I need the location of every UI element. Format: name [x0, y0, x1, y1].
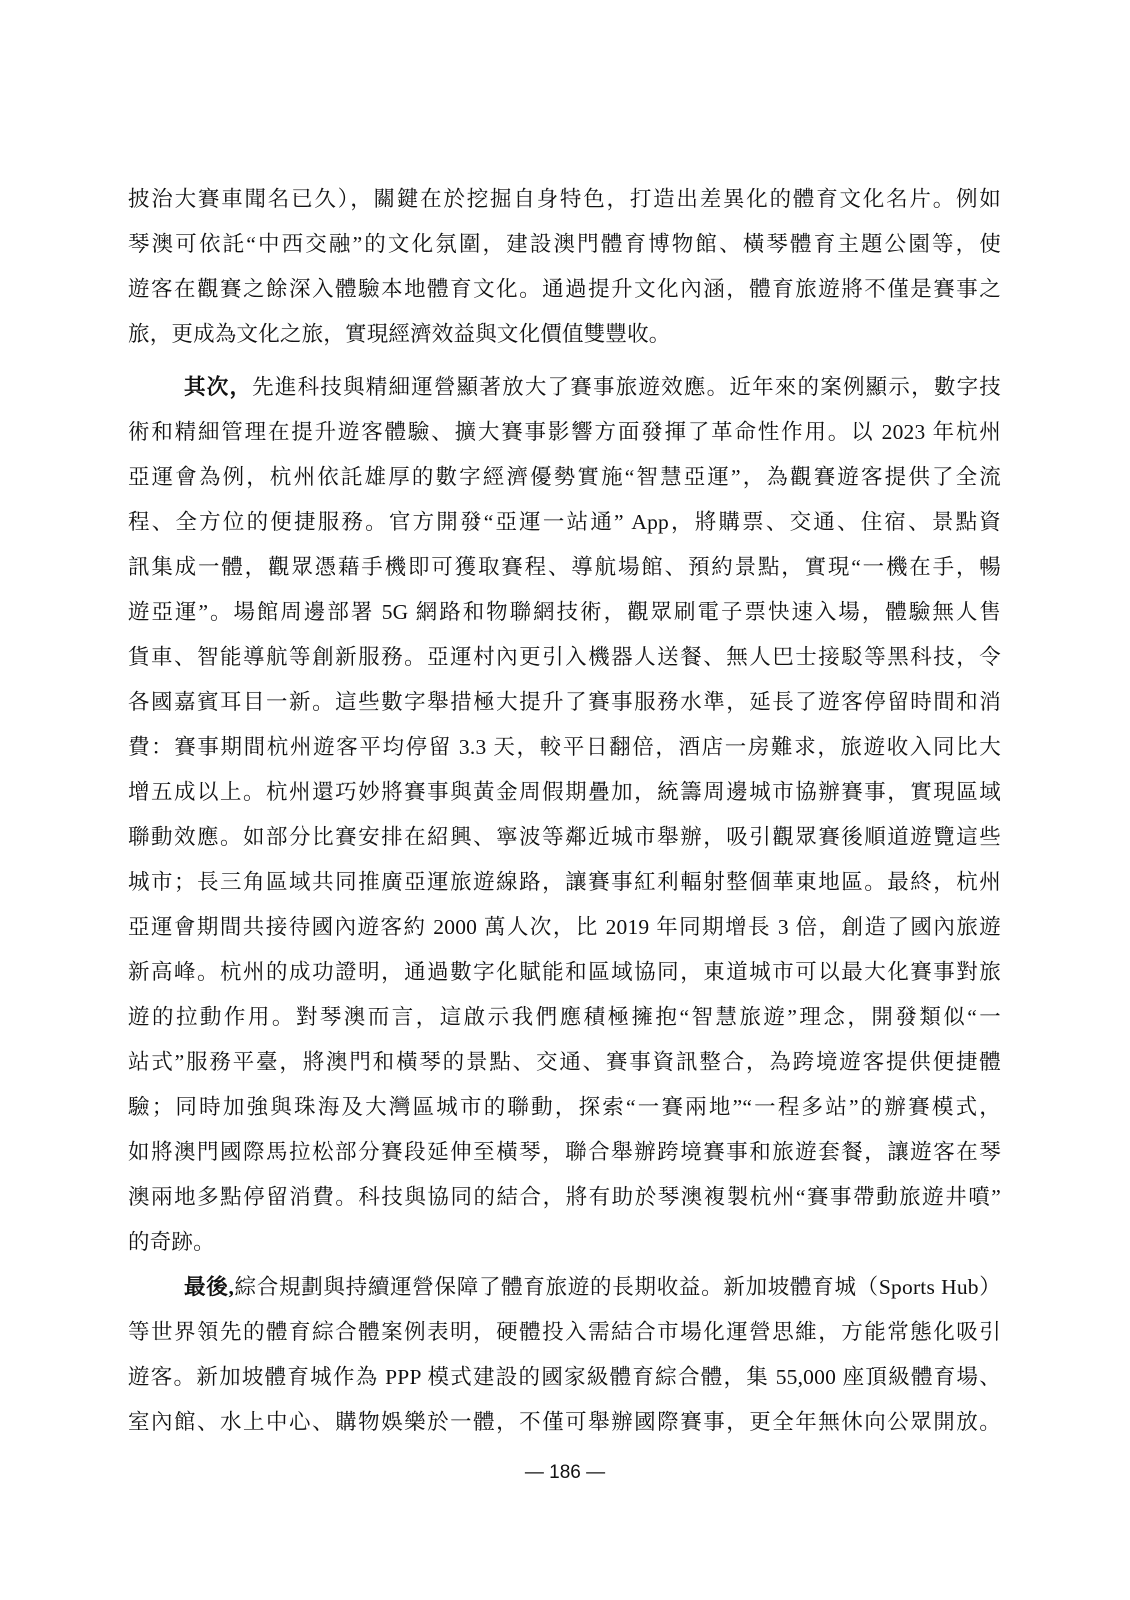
text-segment: 亞運會期間共接待國內遊客約 2000 萬人次，比 2019 年同期增長 3 倍，… [128, 915, 1001, 939]
text-segment: 費：賽事期間杭州遊客平均停留 3.3 天，較平日翻倍，酒店一房難求，旅遊收入同比… [128, 735, 1001, 759]
text-line: 新高峰。杭州的成功證明，通過數字化賦能和區域協同，東道城市可以最大化賽事對旅 [128, 950, 1001, 995]
text-segment: 增五成以上。杭州還巧妙將賽事與黃金周假期疊加，統籌周邊城市協辦賽事，實現區域 [128, 780, 1001, 804]
text-segment: 先進科技與精細運營顯著放大了賽事旅遊效應。近年來的案例顯示，數字技 [252, 375, 1001, 399]
text-segment: 亞運會為例，杭州依託雄厚的數字經濟優勢實施“智慧亞運”，為觀賽遊客提供了全流 [128, 465, 1001, 489]
text-line: 如將澳門國際馬拉松部分賽段延伸至橫琴，聯合舉辦跨境賽事和旅遊套餐，讓遊客在琴 [128, 1130, 1001, 1175]
text-line: 驗；同時加強與珠海及大灣區城市的聯動，探索“一賽兩地”“一程多站”的辦賽模式， [128, 1085, 1001, 1130]
page-number: — 186 — [0, 1462, 1130, 1484]
text-segment: 綜合規劃與持續運營保障了體育旅遊的長期收益。新加坡體育城（Sports Hub） [234, 1275, 1001, 1299]
text-line: 亞運會為例，杭州依託雄厚的數字經濟優勢實施“智慧亞運”，為觀賽遊客提供了全流 [128, 455, 1001, 500]
emphasis-text: 其次， [184, 375, 252, 399]
text-line: 聯動效應。如部分比賽安排在紹興、寧波等鄰近城市舉辦，吸引觀眾賽後順道遊覽這些 [128, 815, 1001, 860]
text-line: 各國嘉賓耳目一新。這些數字舉措極大提升了賽事服務水準，延長了遊客停留時間和消 [128, 680, 1001, 725]
text-line: 費：賽事期間杭州遊客平均停留 3.3 天，較平日翻倍，酒店一房難求，旅遊收入同比… [128, 725, 1001, 770]
text-line: 訊集成一體，觀眾憑藉手機即可獲取賽程、導航場館、預約景點，實現“一機在手，暢 [128, 545, 1001, 590]
text-segment: 披治大賽車聞名已久），關鍵在於挖掘自身特色，打造出差異化的體育文化名片。例如 [128, 187, 1001, 211]
text-line: 遊客。新加坡體育城作為 PPP 模式建設的國家級體育綜合體，集 55,000 座… [128, 1355, 1001, 1400]
paragraph: 最後,綜合規劃與持續運營保障了體育旅遊的長期收益。新加坡體育城（Sports H… [128, 1265, 1001, 1445]
text-segment: 遊客在觀賽之餘深入體驗本地體育文化。通過提升文化內涵，體育旅遊將不僅是賽事之 [128, 277, 1001, 301]
text-line: 遊的拉動作用。對琴澳而言，這啟示我們應積極擁抱“智慧旅遊”理念，開發類似“一 [128, 995, 1001, 1040]
text-line: 貨車、智能導航等創新服務。亞運村內更引入機器人送餐、無人巴士接駁等黑科技，令 [128, 635, 1001, 680]
emphasis-text: 最後, [184, 1275, 234, 1299]
paragraph: 其次，先進科技與精細運營顯著放大了賽事旅遊效應。近年來的案例顯示，數字技術和精細… [128, 365, 1001, 1265]
text-line: 遊亞運”。場館周邊部署 5G 網路和物聯網技術，觀眾刷電子票快速入場，體驗無人售 [128, 590, 1001, 635]
text-line: 等世界領先的體育綜合體案例表明，硬體投入需結合市場化運營思維，方能常態化吸引 [128, 1310, 1001, 1355]
text-segment: 遊客。新加坡體育城作為 PPP 模式建設的國家級體育綜合體，集 55,000 座… [128, 1365, 1001, 1389]
text-line: 城市；長三角區域共同推廣亞運旅遊線路，讓賽事紅利輻射整個華東地區。最終，杭州 [128, 860, 1001, 905]
text-line: 程、全方位的便捷服務。官方開發“亞運一站通” App，將購票、交通、住宿、景點資 [128, 500, 1001, 545]
text-segment: 訊集成一體，觀眾憑藉手機即可獲取賽程、導航場館、預約景點，實現“一機在手，暢 [128, 555, 1001, 579]
text-segment: 聯動效應。如部分比賽安排在紹興、寧波等鄰近城市舉辦，吸引觀眾賽後順道遊覽這些 [128, 825, 1001, 849]
text-line: 其次，先進科技與精細運營顯著放大了賽事旅遊效應。近年來的案例顯示，數字技 [128, 365, 1001, 410]
text-line: 澳兩地多點停留消費。科技與協同的結合，將有助於琴澳複製杭州“賽事帶動旅遊井噴” [128, 1175, 1001, 1220]
text-segment: 遊的拉動作用。對琴澳而言，這啟示我們應積極擁抱“智慧旅遊”理念，開發類似“一 [128, 1005, 1001, 1029]
text-segment: 各國嘉賓耳目一新。這些數字舉措極大提升了賽事服務水準，延長了遊客停留時間和消 [128, 690, 1001, 714]
text-segment: 等世界領先的體育綜合體案例表明，硬體投入需結合市場化運營思維，方能常態化吸引 [128, 1320, 1001, 1344]
text-line: 披治大賽車聞名已久），關鍵在於挖掘自身特色，打造出差異化的體育文化名片。例如 [128, 177, 1001, 222]
text-line: 室內館、水上中心、購物娛樂於一體，不僅可舉辦國際賽事，更全年無休向公眾開放。 [128, 1400, 1001, 1445]
text-segment: 室內館、水上中心、購物娛樂於一體，不僅可舉辦國際賽事，更全年無休向公眾開放。 [128, 1410, 1001, 1434]
text-segment: 琴澳可依託“中西交融”的文化氛圍，建設澳門體育博物館、橫琴體育主題公園等，使 [128, 232, 1001, 256]
text-segment: 城市；長三角區域共同推廣亞運旅遊線路，讓賽事紅利輻射整個華東地區。最終，杭州 [128, 870, 1001, 894]
text-line: 亞運會期間共接待國內遊客約 2000 萬人次，比 2019 年同期增長 3 倍，… [128, 905, 1001, 950]
document-body: 披治大賽車聞名已久），關鍵在於挖掘自身特色，打造出差異化的體育文化名片。例如琴澳… [128, 177, 1001, 1445]
document-page: 披治大賽車聞名已久），關鍵在於挖掘自身特色，打造出差異化的體育文化名片。例如琴澳… [0, 0, 1130, 1600]
text-line: 站式”服務平臺，將澳門和橫琴的景點、交通、賽事資訊整合，為跨境遊客提供便捷體 [128, 1040, 1001, 1085]
text-segment: 澳兩地多點停留消費。科技與協同的結合，將有助於琴澳複製杭州“賽事帶動旅遊井噴” [128, 1185, 1001, 1209]
text-segment: 術和精細管理在提升遊客體驗、擴大賽事影響方面發揮了革命性作用。以 2023 年杭… [128, 420, 1001, 444]
text-segment: 旅，更成為文化之旅，實現經濟效益與文化價值雙豐收。 [128, 322, 671, 346]
text-line: 最後,綜合規劃與持續運營保障了體育旅遊的長期收益。新加坡體育城（Sports H… [128, 1265, 1001, 1310]
text-segment: 驗；同時加強與珠海及大灣區城市的聯動，探索“一賽兩地”“一程多站”的辦賽模式， [128, 1095, 1001, 1119]
text-segment: 新高峰。杭州的成功證明，通過數字化賦能和區域協同，東道城市可以最大化賽事對旅 [128, 960, 1001, 984]
text-line: 增五成以上。杭州還巧妙將賽事與黃金周假期疊加，統籌周邊城市協辦賽事，實現區域 [128, 770, 1001, 815]
text-line: 術和精細管理在提升遊客體驗、擴大賽事影響方面發揮了革命性作用。以 2023 年杭… [128, 410, 1001, 455]
text-segment: 貨車、智能導航等創新服務。亞運村內更引入機器人送餐、無人巴士接駁等黑科技，令 [128, 645, 1001, 669]
text-segment: 的奇跡。 [128, 1230, 215, 1254]
text-segment: 如將澳門國際馬拉松部分賽段延伸至橫琴，聯合舉辦跨境賽事和旅遊套餐，讓遊客在琴 [128, 1140, 1001, 1164]
paragraph: 披治大賽車聞名已久），關鍵在於挖掘自身特色，打造出差異化的體育文化名片。例如琴澳… [128, 177, 1001, 357]
text-segment: 站式”服務平臺，將澳門和橫琴的景點、交通、賽事資訊整合，為跨境遊客提供便捷體 [128, 1050, 1001, 1074]
text-line: 旅，更成為文化之旅，實現經濟效益與文化價值雙豐收。 [128, 312, 1001, 357]
text-segment: 遊亞運”。場館周邊部署 5G 網路和物聯網技術，觀眾刷電子票快速入場，體驗無人售 [128, 600, 1001, 624]
text-line: 遊客在觀賽之餘深入體驗本地體育文化。通過提升文化內涵，體育旅遊將不僅是賽事之 [128, 267, 1001, 312]
text-line: 琴澳可依託“中西交融”的文化氛圍，建設澳門體育博物館、橫琴體育主題公園等，使 [128, 222, 1001, 267]
text-segment: 程、全方位的便捷服務。官方開發“亞運一站通” App，將購票、交通、住宿、景點資 [128, 510, 1001, 534]
text-line: 的奇跡。 [128, 1220, 1001, 1265]
